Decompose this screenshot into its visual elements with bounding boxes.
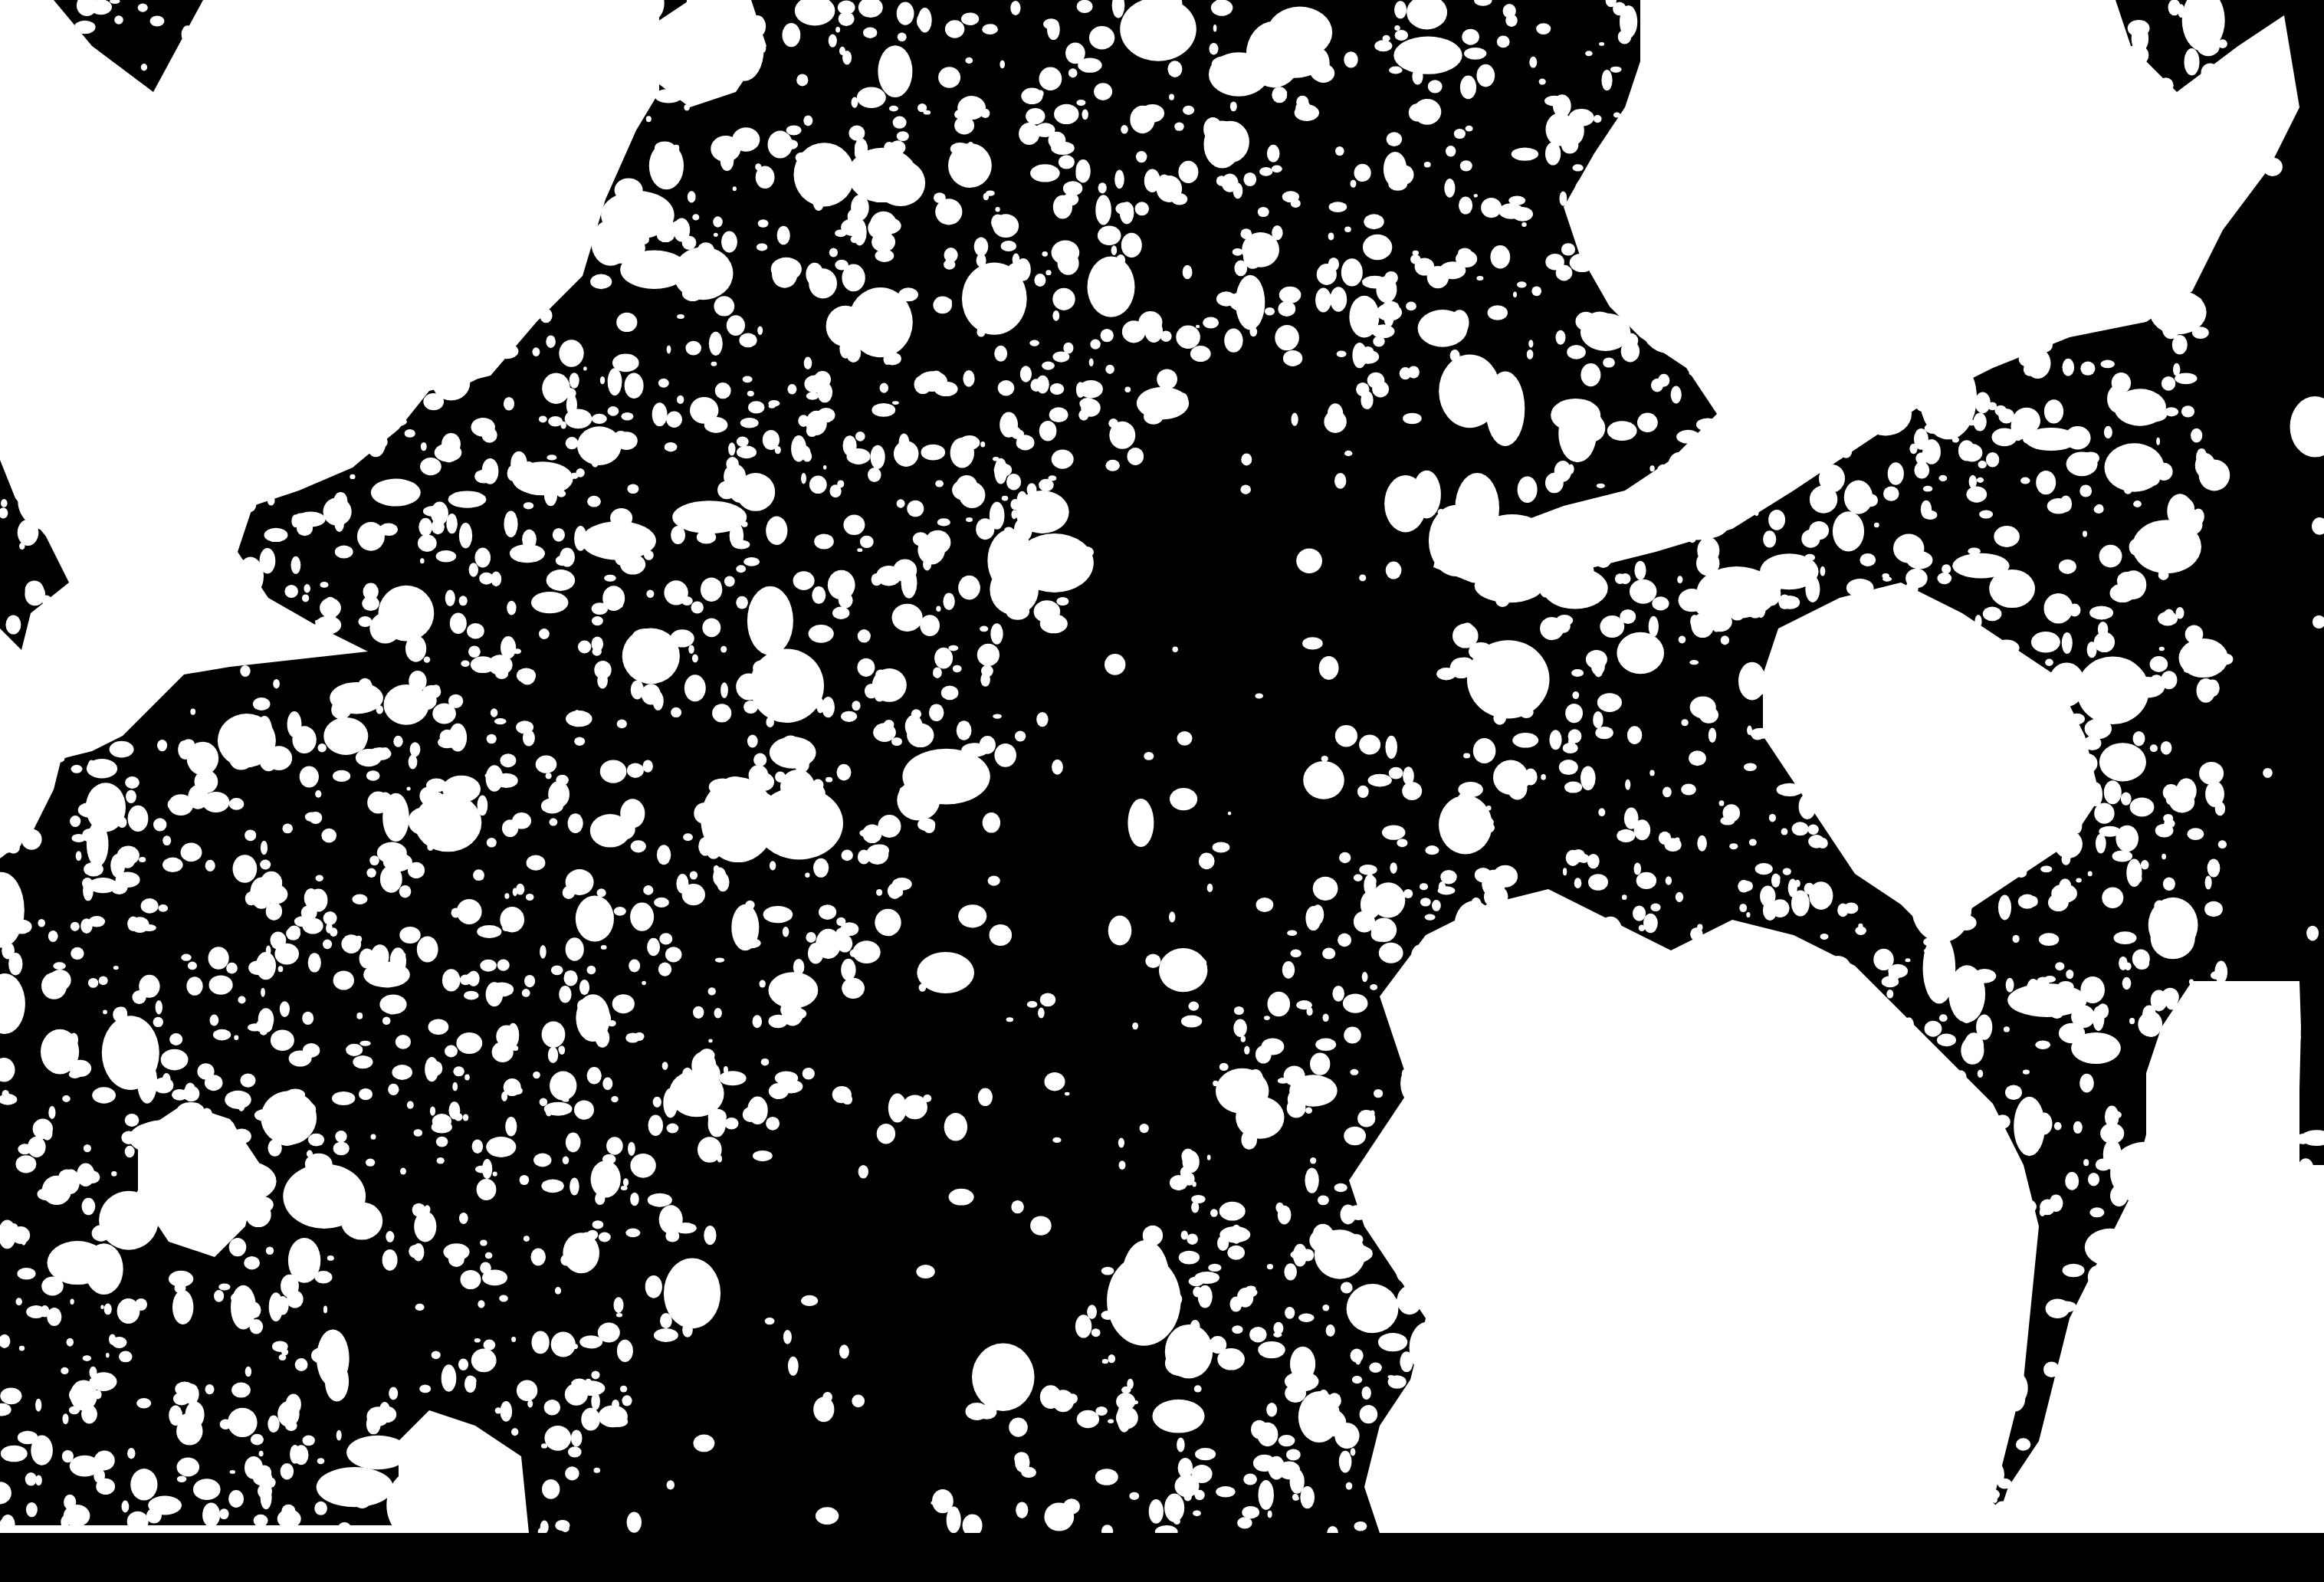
binary-mask-image: Black and white thresholded texture imag… (0, 0, 2324, 1582)
bottom-black-band (0, 1533, 2324, 1582)
mask-layer (0, 0, 2324, 1582)
